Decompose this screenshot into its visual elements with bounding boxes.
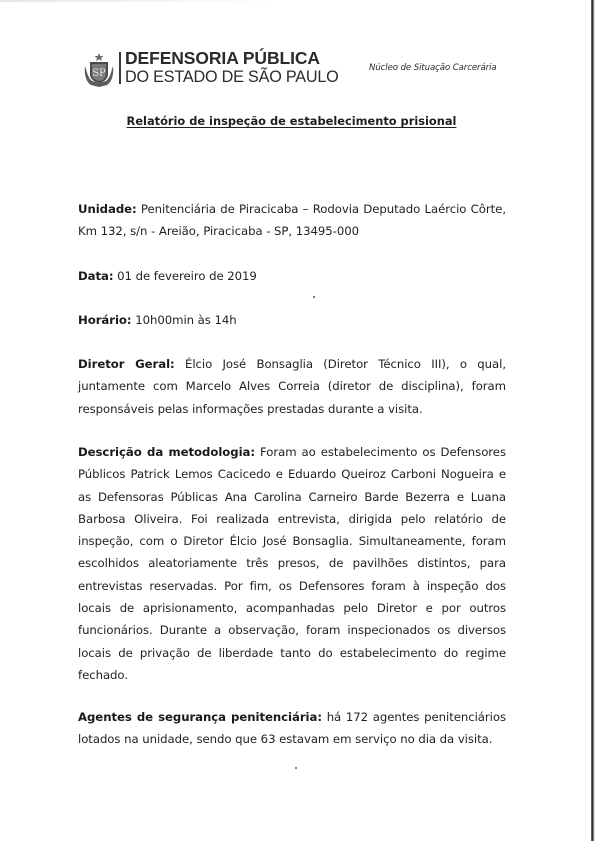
institution-name-line1: DEFENSORIA PÚBLICA: [125, 50, 339, 68]
section-agentes: Agentes de segurança penitenciária: há 1…: [78, 706, 506, 751]
section-diretor-geral: Diretor Geral: Élcio José Bonsaglia (Dir…: [78, 353, 506, 420]
diretor-label: Diretor Geral:: [78, 357, 175, 371]
scan-speck: [313, 296, 315, 298]
horario-label: Horário:: [78, 313, 132, 327]
scan-speck: [295, 767, 297, 769]
scan-shadow: [0, 0, 280, 2]
metodologia-label: Descrição da metodologia:: [78, 445, 255, 459]
horario-text: 10h00min às 14h: [135, 313, 236, 327]
institution-name-line2: DO ESTADO DE SÃO PAULO: [125, 69, 339, 85]
document-title-text: Relatório de inspeção de estabelecimento…: [127, 114, 457, 128]
agentes-label: Agentes de segurança penitenciária:: [78, 710, 322, 724]
section-data: Data: 01 de fevereiro de 2019: [78, 265, 506, 287]
metodologia-text: Foram ao estabelecimento os Defensores P…: [78, 445, 506, 682]
department-name: Núcleo de Situação Carcerária: [369, 63, 497, 73]
letterhead: SP DEFENSORIA PÚBLICA DO ESTADO DE SÃO P…: [82, 48, 512, 92]
section-unidade: Unidade: Penitenciária de Piracicaba – R…: [78, 198, 506, 243]
svg-text:SP: SP: [92, 68, 106, 79]
document-title: Relatório de inspeção de estabelecimento…: [0, 114, 595, 128]
section-metodologia: Descrição da metodologia: Foram ao estab…: [78, 441, 506, 686]
sao-paulo-coat-of-arms-icon: SP: [82, 52, 116, 88]
institution-name: DEFENSORIA PÚBLICA DO ESTADO DE SÃO PAUL…: [125, 50, 339, 85]
data-text: 01 de fevereiro de 2019: [117, 269, 257, 283]
data-label: Data:: [78, 269, 114, 283]
logo-divider: [119, 52, 121, 84]
unidade-text: Penitenciária de Piracicaba – Rodovia De…: [78, 202, 506, 238]
unidade-label: Unidade:: [78, 202, 137, 216]
section-horario: Horário: 10h00min às 14h: [78, 309, 506, 331]
